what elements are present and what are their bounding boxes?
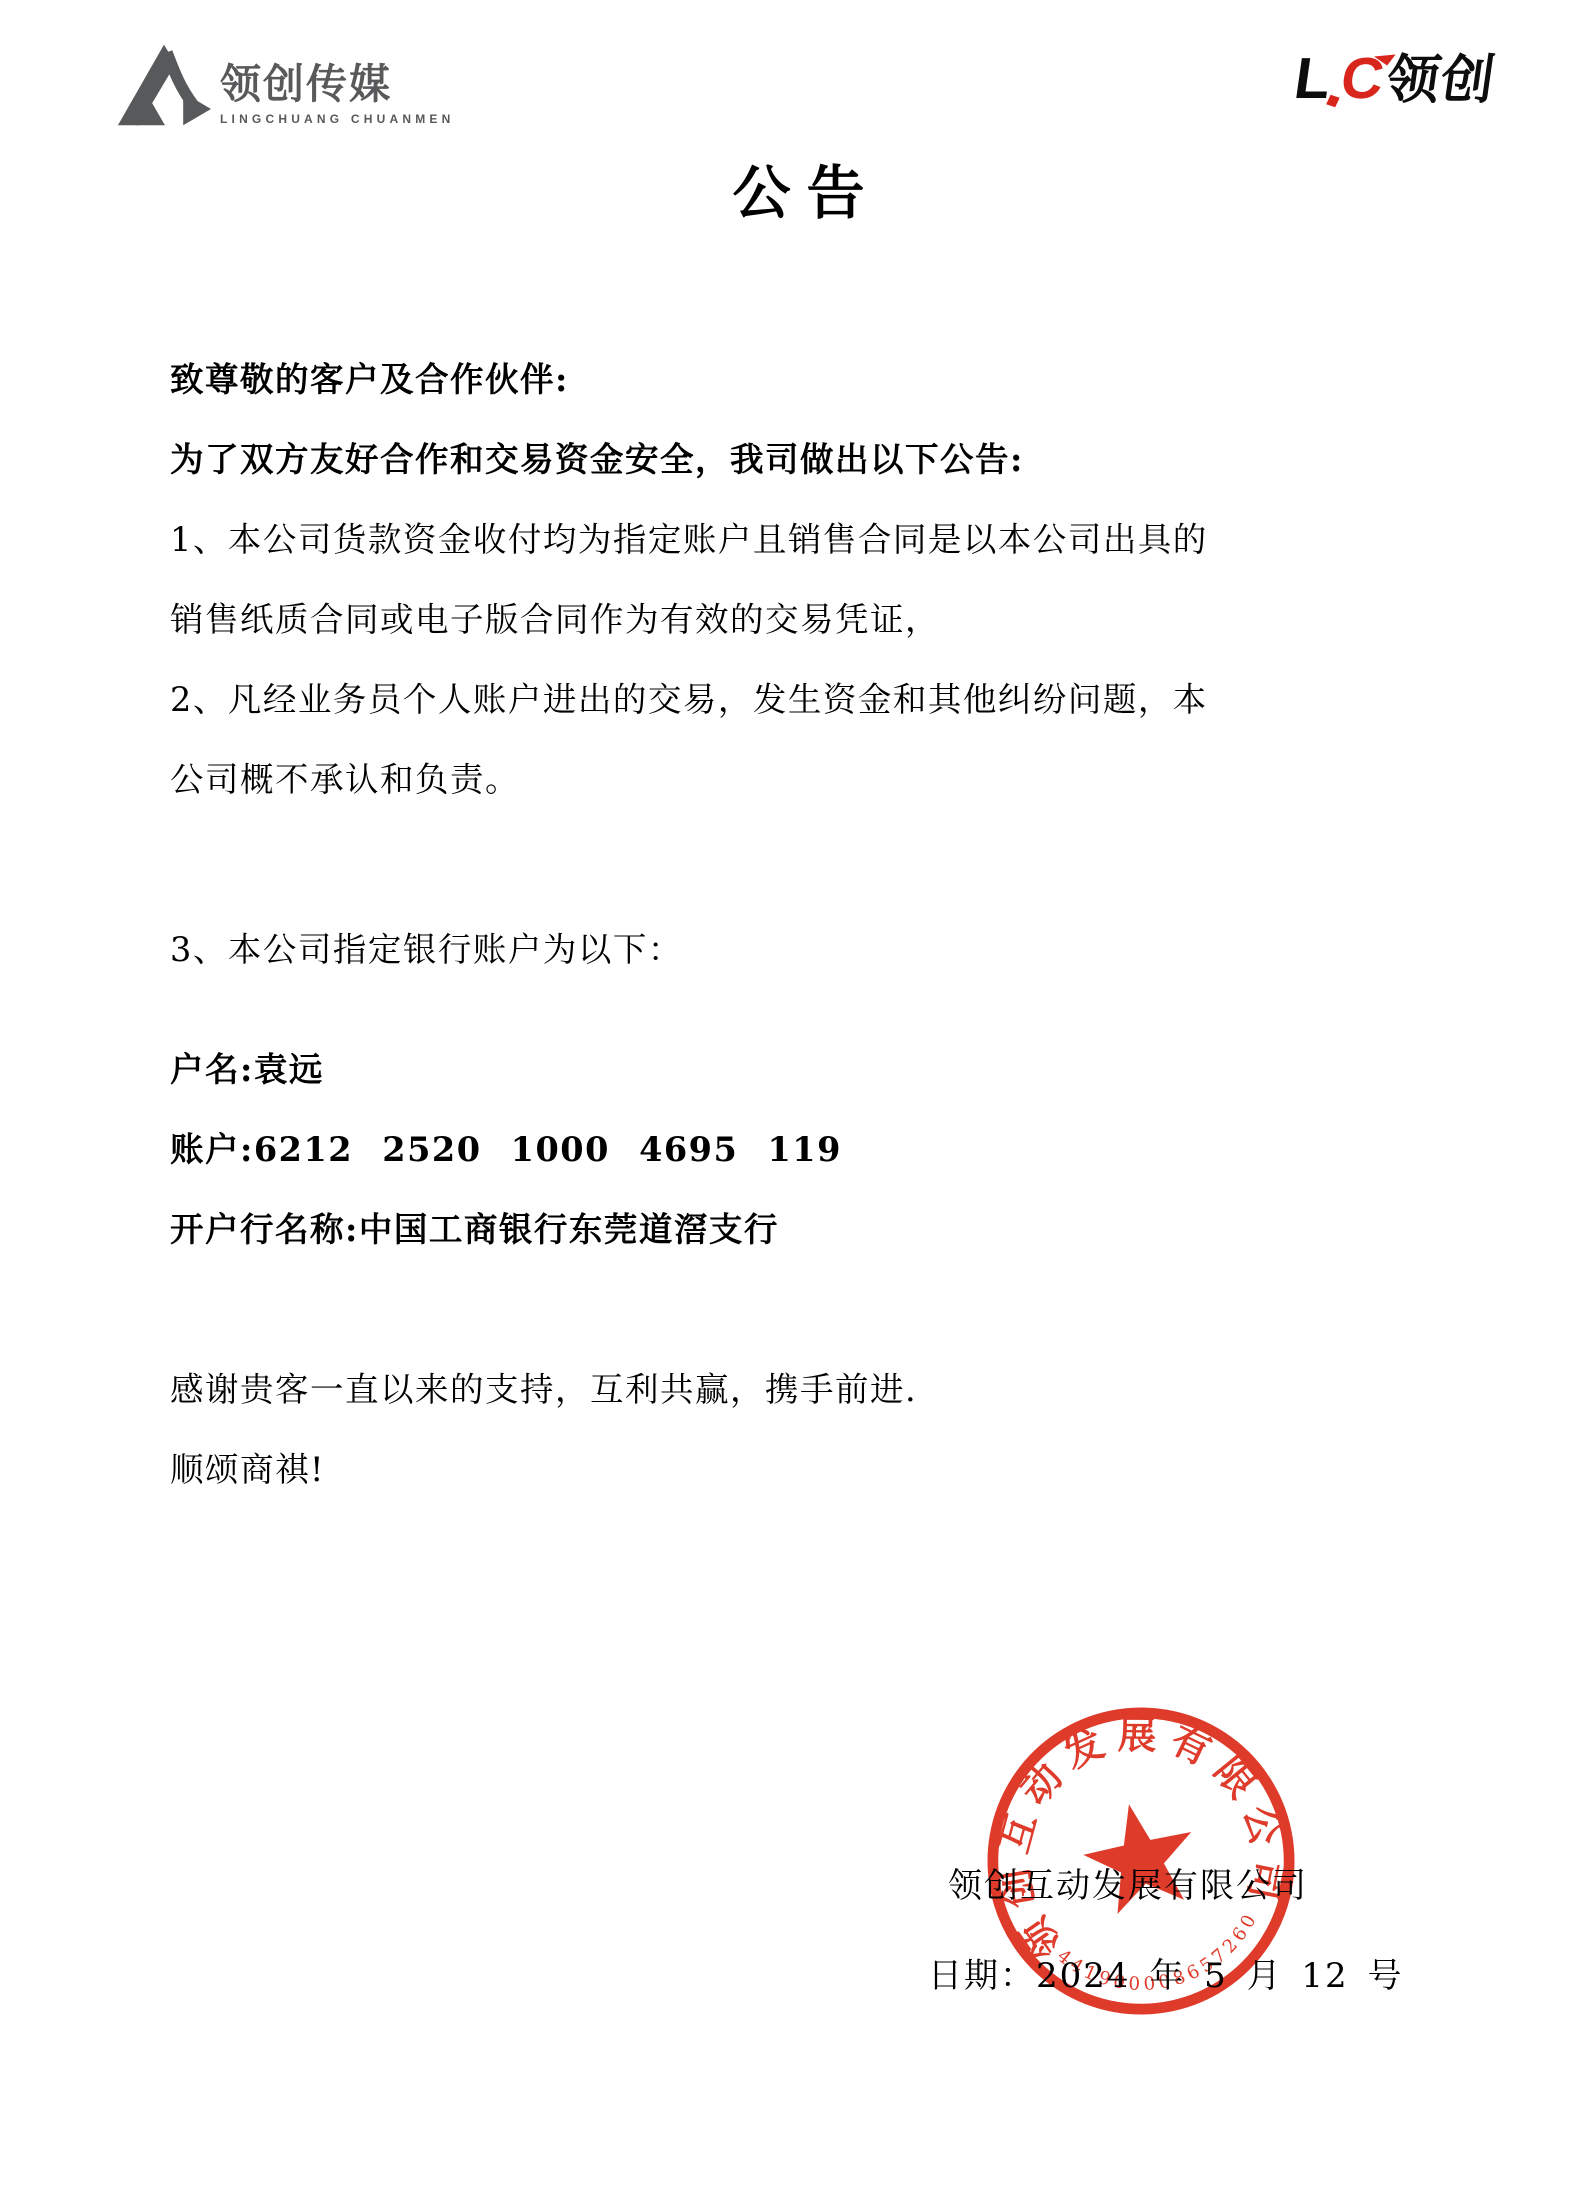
- para-thanks: 感谢贵客一直以来的支持，互利共赢，携手前进.: [170, 1350, 1440, 1430]
- para-item3: 3、本公司指定银行账户为以下：: [170, 910, 1440, 990]
- logo-lc-cn-text: 领创: [1383, 54, 1498, 107]
- logo-lc: L C 领创: [1291, 50, 1499, 108]
- para-item1-line1: 1、本公司货款资金收付均为指定账户且销售合同是以本公司出具的: [170, 500, 1440, 580]
- page-title: 公告: [0, 146, 1587, 230]
- announcement-page: { "header": { "brand_left": { "title": "…: [0, 0, 1587, 2204]
- para-item1-line2: 销售纸质合同或电子版合同作为有效的交易凭证，: [170, 580, 1440, 660]
- logo-lc-letter-c: C: [1337, 50, 1387, 108]
- announcement-body: 致尊敬的客户及合作伙伴: 为了双方友好合作和交易资金安全，我司做出以下公告: 1…: [170, 340, 1440, 1510]
- brand-left-title: 领创传媒: [220, 64, 454, 105]
- para-item2-line1: 2、凡经业务员个人账户进出的交易，发生资金和其他纠纷问题，本: [170, 660, 1440, 740]
- para-greeting: 致尊敬的客户及合作伙伴:: [170, 340, 1440, 420]
- para-closing: 顺颂商祺!: [170, 1430, 1440, 1510]
- logo-lingchuang-media: 领创传媒 LINGCHUANG CHUANMEN: [116, 42, 454, 126]
- brand-left-text: 领创传媒 LINGCHUANG CHUANMEN: [220, 64, 454, 126]
- triangle-arrow-logo-icon: [116, 42, 212, 126]
- para-account-number: 账户:6212 2520 1000 4695 119: [170, 1110, 1440, 1190]
- para-bank-name: 开户行名称:中国工商银行东莞道滘支行: [170, 1190, 1440, 1270]
- para-account-name: 户名:袁远: [170, 1030, 1440, 1110]
- para-intro: 为了双方友好合作和交易资金安全，我司做出以下公告:: [170, 420, 1440, 500]
- seal-star-icon: [1075, 1793, 1205, 1919]
- brand-left-subtitle: LINGCHUANG CHUANMEN: [220, 112, 454, 126]
- para-item2-line2: 公司概不承认和负责。: [170, 740, 1440, 820]
- company-seal: 领创互动发展有限公司 441900008657260: [950, 1670, 1332, 2052]
